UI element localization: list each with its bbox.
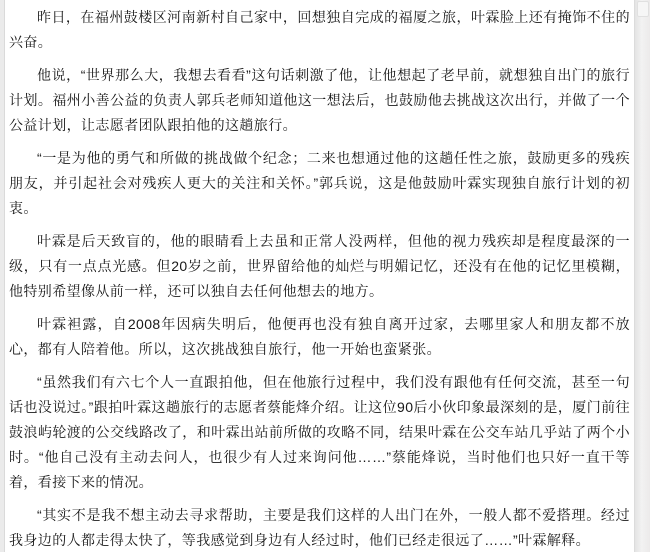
- scrollbar-thumb[interactable]: [637, 1, 649, 17]
- article-paragraph: “一是为他的勇气和所做的挑战做个纪念；二来也想通过他的这趟任性之旅，鼓励更多的残…: [9, 146, 630, 221]
- article-page: 昨日，在福州鼓楼区河南新村自己家中，回想独自完成的福厦之旅，叶霖脸上还有掩饰不住…: [0, 0, 650, 552]
- article-text: 昨日，在福州鼓楼区河南新村自己家中，回想独自完成的福厦之旅，叶霖脸上还有掩饰不住…: [6, 0, 633, 552]
- window-left-edge: [0, 0, 5, 552]
- vertical-scrollbar[interactable]: [634, 0, 650, 552]
- article-paragraph: “虽然我们有六七个人一直跟拍他，但在他旅行过程中，我们没有跟他有任何交流，甚至一…: [9, 370, 630, 495]
- article-paragraph: 叶霖是后天致盲的，他的眼睛看上去虽和正常人没两样，但他的视力残疾却是程度最深的一…: [9, 229, 630, 304]
- article-paragraph: 他说，“世界那么大，我想去看看”这句话刺激了他，让他想起了老早前，就想独自出门的…: [9, 63, 630, 138]
- article-paragraph: “其实不是我不想主动去寻求帮助，主要是我们这样的人出门在外，一般人都不爱搭理。经…: [9, 503, 630, 552]
- article-paragraph: 昨日，在福州鼓楼区河南新村自己家中，回想独自完成的福厦之旅，叶霖脸上还有掩饰不住…: [9, 5, 630, 55]
- article-paragraph: 叶霖袒露，自2008年因病失明后，他便再也没有独自离开过家，去哪里家人和朋友都不…: [9, 312, 630, 362]
